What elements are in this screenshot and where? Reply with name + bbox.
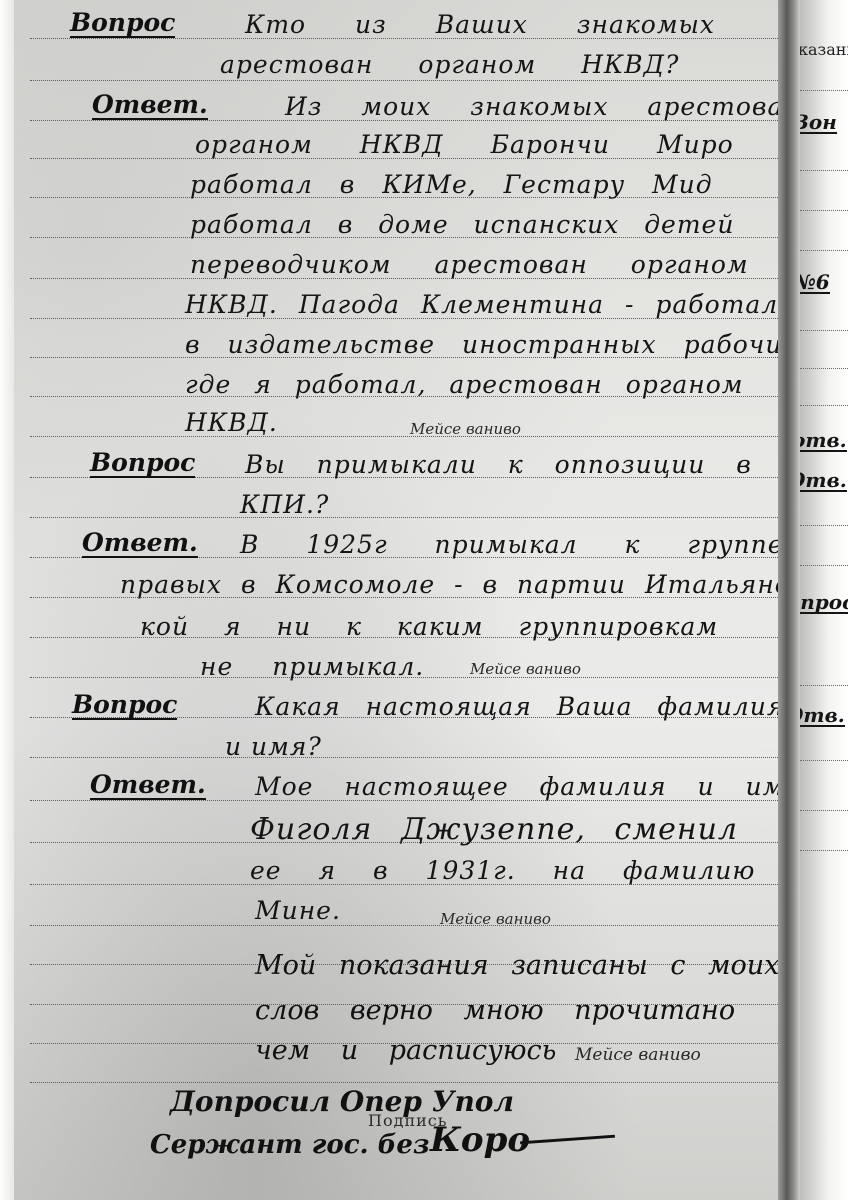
answer-line: работал в доме испанских детей [190, 210, 734, 239]
answer-line: органом НКВД Барончи Миро [195, 130, 734, 159]
closing-line: слов верно мною прочитано [255, 995, 735, 1026]
rule-line [30, 80, 778, 81]
question-line: КПИ.? [240, 490, 329, 519]
rule-line [30, 757, 778, 758]
answer-line: В 1925г примыкал к группе [240, 530, 784, 559]
answer-line: в издательстве иностранных рабочих [185, 330, 798, 359]
question-line: Кто из Ваших знакомых [245, 10, 715, 39]
rule-line [800, 685, 848, 686]
witness-signature: Мейсе ваниво [575, 1045, 701, 1065]
question-line: и имя? [225, 732, 322, 761]
witness-signature: Мейсе ваниво [410, 420, 521, 438]
question-line: арестован органом НКВД? [220, 50, 679, 79]
answer-line: работал в КИМе, Гестару Мид [190, 170, 713, 199]
rule-line [30, 925, 778, 926]
rule-line [800, 760, 848, 761]
answer-line: кой я ни к каким группировкам [140, 612, 718, 641]
answer-line: Из моих знакомых арестован [285, 92, 801, 121]
adjacent-handwriting: Вопрос [800, 592, 848, 614]
question-label: Вопрос [90, 450, 195, 478]
adjacent-printed-text: казани [800, 40, 848, 59]
question-label: Вопрос [72, 692, 177, 720]
rule-line [800, 525, 848, 526]
answer-line: НКВД. Пагода Клементина - работал [185, 290, 778, 319]
page-left-edge [0, 0, 14, 1200]
answer-line: ее я в 1931г. на фамилию [250, 856, 755, 885]
rule-line [800, 170, 848, 171]
rule-line [800, 850, 848, 851]
interrogator-signature: Коро [430, 1120, 530, 1160]
rule-line [800, 330, 848, 331]
adjacent-handwriting: №6 [800, 272, 830, 294]
interrogator-rank: Сержант гос. без [150, 1130, 430, 1160]
answer-label: Ответ. [90, 772, 206, 800]
question-line: Какая настоящая Ваша фамилия [255, 692, 784, 721]
rule-line [800, 250, 848, 251]
rule-line [30, 517, 778, 518]
rule-line [800, 565, 848, 566]
signature-flourish [520, 1135, 615, 1145]
rule-line [800, 405, 848, 406]
adjacent-page-strip: казани Вон №6 отв. Отв. Вопрос Отв. [800, 0, 848, 1200]
closing-line: Мой показания записаны с моих [255, 950, 779, 981]
adjacent-handwriting: Вон [800, 112, 837, 134]
witness-signature: Мейсе ваниво [440, 910, 551, 928]
adjacent-handwriting: Отв. [800, 705, 845, 727]
closing-line: чем и расписуюсь [255, 1035, 556, 1066]
rule-line [30, 436, 778, 437]
witness-signature: Мейсе ваниво [470, 660, 581, 678]
rule-line [30, 1082, 778, 1083]
answer-line: где я работал, арестован органом [185, 370, 744, 399]
rule-line [800, 210, 848, 211]
answer-label: Ответ. [82, 530, 198, 558]
answer-line: Фиголя Джузеппе, сменил [250, 812, 738, 847]
interrogator-title: Допросил Опер Упол [170, 1085, 514, 1118]
question-label: Вопрос [70, 10, 175, 38]
binding-gutter [778, 0, 800, 1200]
answer-line: переводчиком арестован органом [190, 250, 749, 279]
answer-line: не примыкал. [200, 652, 424, 681]
answer-line: правых в Комсомоле - в партии Итальянс [120, 570, 790, 599]
answer-line: НКВД. [185, 408, 278, 437]
adjacent-handwriting: Отв. [800, 470, 847, 492]
question-line: Вы примыкали к оппозиции в [245, 450, 752, 479]
scanned-document-page: Вопрос Кто из Ваших знакомых арестован о… [0, 0, 848, 1200]
answer-line: Мине. [255, 896, 341, 925]
answer-label: Ответ. [92, 92, 208, 120]
rule-line [800, 90, 848, 91]
rule-line [800, 810, 848, 811]
answer-line: Мое настоящее фамилия и имя [255, 772, 802, 801]
adjacent-handwriting: отв. [800, 430, 847, 452]
rule-line [800, 368, 848, 369]
